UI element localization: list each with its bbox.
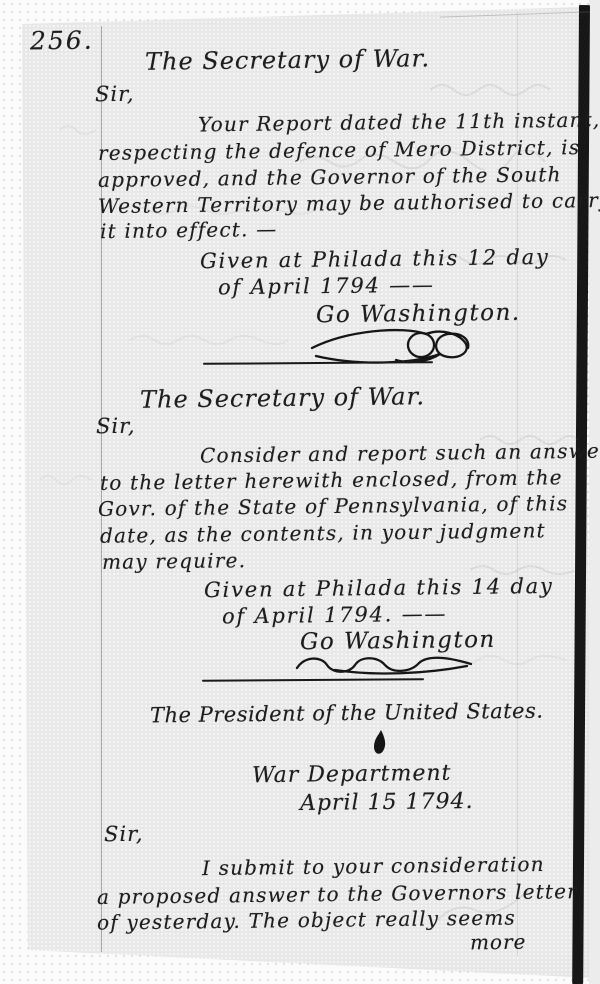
letter3-date: April 15 1794. bbox=[300, 789, 474, 816]
letter1-dateline: Given at Philada this 12 day bbox=[200, 245, 550, 273]
bleed-through-marks bbox=[130, 330, 290, 350]
letter2-signature: Go Washington bbox=[300, 627, 496, 655]
adjacent-page-edge bbox=[589, 0, 600, 984]
letter2-body-line: Consider and report such an answer bbox=[200, 438, 600, 467]
letter1-heading: The Secretary of War. bbox=[145, 44, 430, 75]
letter3-salutation: Sir, bbox=[104, 822, 144, 846]
letter3-heading: The President of the United States. bbox=[150, 699, 544, 728]
letter2-dateline: of April 1794. —— bbox=[222, 602, 448, 629]
letter1-dateline: of April 1794 —— bbox=[218, 273, 435, 300]
letter3-body-line: I submit to your consideration bbox=[202, 852, 545, 880]
bleed-through-marks bbox=[430, 78, 560, 98]
catchword: more bbox=[470, 930, 527, 955]
signature-flourish bbox=[295, 652, 475, 678]
letter2-body-line: may require. bbox=[102, 548, 246, 574]
letter1-body-line: Your Report dated the 11th instant, bbox=[198, 108, 600, 137]
bleed-through-marks bbox=[60, 120, 100, 140]
letter2-salutation: Sir, bbox=[96, 414, 136, 438]
letter2-dateline: Given at Philada this 14 day bbox=[204, 574, 554, 602]
bleed-through-marks bbox=[40, 470, 95, 490]
letter2-heading: The Secretary of War. bbox=[140, 382, 425, 413]
letter3-body-line: of yesterday. The object really seems bbox=[97, 905, 516, 934]
signature-flourish bbox=[308, 324, 473, 364]
page-number: 256. bbox=[30, 26, 94, 56]
ink-blot bbox=[372, 730, 388, 756]
letter1-body-line: it into effect. — bbox=[100, 217, 278, 243]
letter3-place: War Department bbox=[252, 761, 452, 788]
letter1-salutation: Sir, bbox=[95, 82, 135, 106]
